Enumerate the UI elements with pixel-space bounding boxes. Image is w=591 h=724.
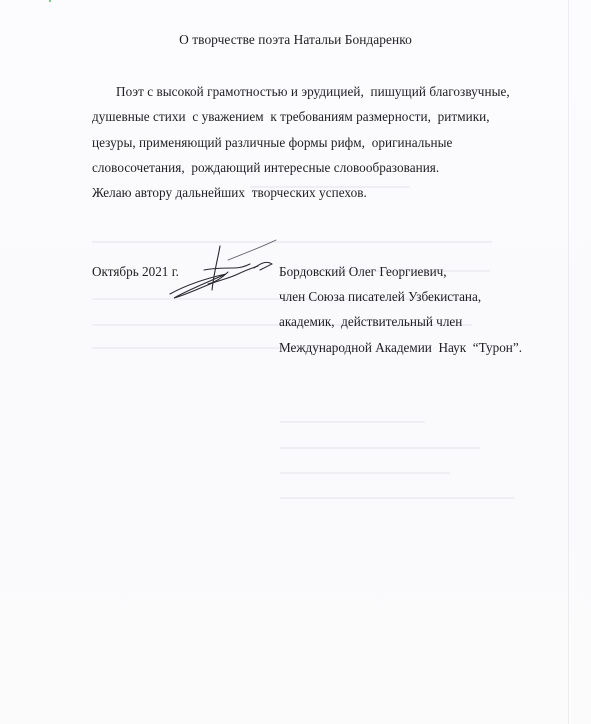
signature-icon (168, 238, 278, 304)
scanned-page: О творчестве поэта Натальи Бондаренко По… (0, 0, 591, 724)
page-edge-line (568, 0, 569, 724)
bleed-through-line (280, 447, 480, 449)
paragraph-line: Желаю автору дальнейших творческих успех… (92, 185, 367, 201)
signer-title: Международной Академии Наук “Турон”. (279, 340, 522, 356)
bleed-through-line (280, 497, 515, 499)
document-title: О творчестве поэта Натальи Бондаренко (0, 32, 591, 48)
bleed-through-line (280, 472, 450, 474)
paragraph-line: словосочетания, рождающий интересные сло… (92, 160, 439, 176)
signer-title: член Союза писателей Узбекистана, (279, 289, 481, 305)
paragraph-line: Поэт с высокой грамотностью и эрудицией,… (116, 84, 510, 100)
signer-name: Бордовский Олег Георгиевич, (279, 264, 447, 280)
letter-date: Октябрь 2021 г. (92, 264, 179, 280)
bleed-through-line (280, 421, 425, 423)
scan-artifact (49, 0, 51, 2)
paragraph-line: цезуры, применяющий различные формы рифм… (92, 135, 452, 151)
signer-title: академик, действительный член (279, 314, 462, 330)
bleed-through-line (92, 241, 492, 243)
paragraph-line: душевные стихи с уважением к требованиям… (92, 109, 490, 125)
